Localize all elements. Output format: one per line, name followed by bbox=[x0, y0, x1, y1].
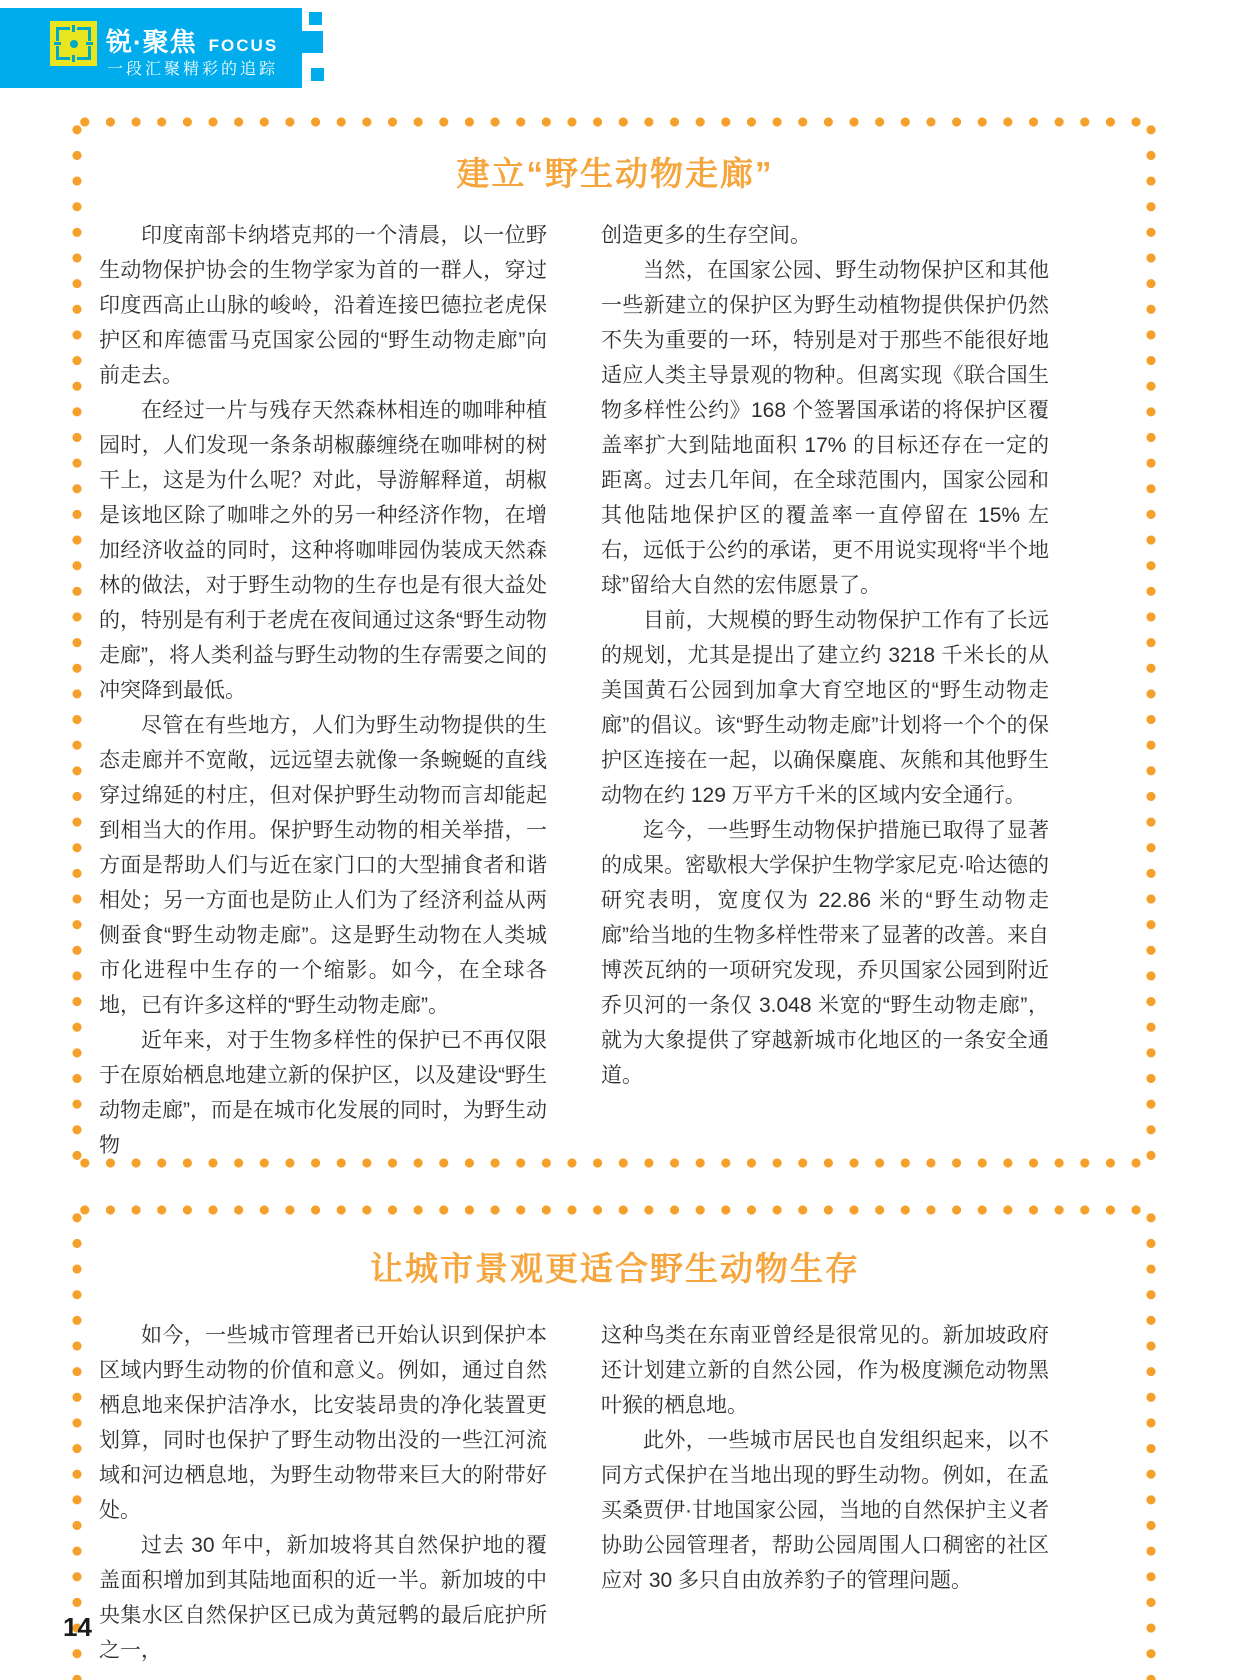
crosshair-corner bbox=[56, 46, 70, 60]
brand-name-cn: 锐·聚焦 bbox=[106, 27, 197, 57]
section-title: 让城市景观更适合野生动物生存 bbox=[73, 1243, 1157, 1290]
dotted-border-top bbox=[72, 1205, 1157, 1215]
paragraph: 目前，大规模的野生动物保护工作有了长远的规划，尤其是提出了建立约 3218 千米… bbox=[601, 603, 1049, 813]
brand-tagline: 一段汇聚精彩的追踪 bbox=[107, 56, 278, 79]
paragraph: 这种鸟类在东南亚曾经是很常见的。新加坡政府还计划建立新的自然公园，作为极度濒危动… bbox=[601, 1318, 1049, 1423]
article-column-left: 印度南部卡纳塔克邦的一个清晨，以一位野生动物保护协会的生物学家为首的一群人，穿过… bbox=[99, 218, 547, 1163]
brand-name-en: FOCUS bbox=[209, 36, 279, 55]
dotted-border-right bbox=[1146, 117, 1156, 1168]
paragraph: 过去 30 年中，新加坡将其自然保护地的覆盖面积增加到其陆地面积的近一半。新加坡… bbox=[99, 1528, 547, 1668]
crosshair-tick bbox=[72, 25, 75, 32]
crosshair-corner bbox=[77, 46, 91, 60]
paragraph: 如今，一些城市管理者已开始认识到保护本区域内野生动物的价值和意义。例如，通过自然… bbox=[99, 1318, 547, 1528]
article-column-left: 如今，一些城市管理者已开始认识到保护本区域内野生动物的价值和意义。例如，通过自然… bbox=[99, 1318, 547, 1668]
article-column-right: 创造更多的生存空间。当然，在国家公园、野生动物保护区和其他一些新建立的保护区为野… bbox=[601, 218, 1049, 1093]
pixel-decoration bbox=[309, 12, 322, 25]
magazine-page: { "colors": { "band_cyan": "#00ACEC", "l… bbox=[0, 0, 1244, 1680]
dotted-border-left bbox=[72, 117, 82, 1168]
paragraph: 印度南部卡纳塔克邦的一个清晨，以一位野生动物保护协会的生物学家为首的一群人，穿过… bbox=[99, 218, 547, 393]
section-title: 建立“野生动物走廊” bbox=[73, 148, 1157, 195]
pixel-decoration bbox=[302, 31, 323, 53]
focus-crosshair-icon bbox=[50, 21, 97, 66]
brand-line: 锐·聚焦FOCUS bbox=[106, 22, 278, 59]
dotted-border-top bbox=[72, 117, 1157, 127]
crosshair-dot bbox=[70, 40, 78, 48]
pixel-decoration bbox=[311, 68, 324, 81]
paragraph: 近年来，对于生物多样性的保护已不再仅限于在原始栖息地建立新的保护区，以及建设“野… bbox=[99, 1023, 547, 1163]
paragraph: 当然，在国家公园、野生动物保护区和其他一些新建立的保护区为野生动植物提供保护仍然… bbox=[601, 253, 1049, 603]
paragraph: 在经过一片与残存天然森林相连的咖啡种植园时，人们发现一条条胡椒藤缠绕在咖啡树的树… bbox=[99, 393, 547, 708]
article-column-right: 这种鸟类在东南亚曾经是很常见的。新加坡政府还计划建立新的自然公园，作为极度濒危动… bbox=[601, 1318, 1049, 1598]
crosshair-corner bbox=[56, 27, 70, 41]
crosshair-tick bbox=[86, 42, 93, 45]
page-number: 14 bbox=[63, 1612, 92, 1643]
paragraph: 此外，一些城市居民也自发组织起来，以不同方式保护在当地出现的野生动物。例如，在孟… bbox=[601, 1423, 1049, 1598]
paragraph: 尽管在有些地方，人们为野生动物提供的生态走廊并不宽敞，远远望去就像一条蜿蜒的直线… bbox=[99, 708, 547, 1023]
crosshair-tick bbox=[54, 42, 61, 45]
paragraph: 迄今，一些野生动物保护措施已取得了显著的成果。密歇根大学保护生物学家尼克·哈达德… bbox=[601, 813, 1049, 1093]
crosshair-tick bbox=[72, 55, 75, 62]
crosshair-corner bbox=[77, 27, 91, 41]
paragraph: 创造更多的生存空间。 bbox=[601, 218, 1049, 253]
